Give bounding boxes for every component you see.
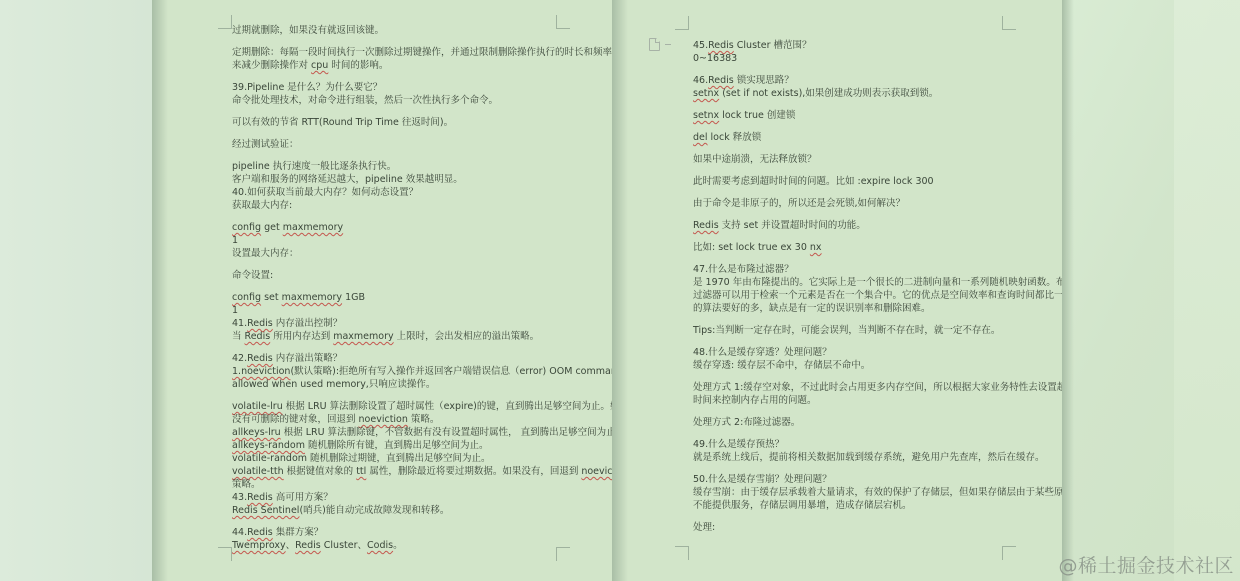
text-segment: 来减少删除操作对 [232,60,311,71]
text-boundary-mark [556,15,570,29]
paragraph: setnx lock true 创建锁 [693,109,1063,122]
text-line: 43.Redis 高可用方案？ [232,491,622,504]
text-segment: Cluster 槽范围？ [734,40,812,51]
text-line: 客户端和服务的网络延迟越大，pipeline 效果越明显。 [232,173,622,186]
text-segment: 42. [232,353,247,364]
paragraph: Tips:当判断一定存在时，可能会误判，当判断不存在时，就一定不存在。 [693,324,1063,337]
text-segment: 处理方式 2:布隆过滤器。 [693,417,800,428]
text-segment: (哨兵)能自动完成故障发现和转移。 [299,505,449,516]
text-segment: 获取最大内存: [232,200,292,211]
text-line: 比如: set lock true ex 30 nx [693,241,1063,254]
text-line: 定期删除：每隔一段时间执行一次删除过期键操作，并通过限制删除操作执行的时长和频率 [232,46,622,59]
document-page-2[interactable]: 45.Redis Cluster 槽范围？0~1638346.Redis 锁实现… [612,0,1062,581]
text-segment: 50.什么是缓存雪崩？处理问题？ [693,474,832,485]
text-segment: lock 释放锁 [708,132,762,143]
text-segment: 。 [393,540,403,551]
text-segment: 47.什么是布隆过滤器？ [693,264,794,275]
text-line: 此时需要考虑到超时时间的问题。比如 :expire lock 300 [693,175,1063,188]
text-line: Redis Sentinel(哨兵)能自动完成故障发现和转移。 [232,504,622,517]
text-line: 39.Pipeline 是什么？为什么要它？ [232,81,622,94]
text-segment: 根据 LRU 算法删除键，不管数据有没有设置超时属性， 直到腾出足够空间为止。 [281,427,625,438]
text-segment: 锁实现思路？ [734,75,794,86]
page-left-edge-shadow [612,0,628,581]
text-line: 44.Redis 集群方案？ [232,526,622,539]
text-line: 42.Redis 内存溢出策略？ [232,352,622,365]
misspelled-word: maxmemory [283,222,343,233]
paragraph: Redis 支持 set 并设置超时时间的功能。 [693,219,1063,232]
paragraph: 50.什么是缓存雪崩？处理问题？缓存雪崩：由于缓存层承载着大量请求，有效的保护了… [693,473,1063,512]
canvas-left-margin [0,0,152,581]
text-segment: 41. [232,318,247,329]
text-segment: 如果中途崩溃，无法释放锁？ [693,154,817,165]
text-line: allowed when used memory,只响应读操作。 [232,378,622,391]
text-line: 0~16383 [693,52,1063,65]
text-segment: 时间来控制内存占用的问题。 [693,395,817,406]
paragraph: 经过测试验证： [232,138,622,151]
text-segment: get [261,222,283,233]
misspelled-word: config [232,292,261,303]
text-segment: 当 [232,331,245,342]
text-line: 45.Redis Cluster 槽范围？ [693,39,1063,52]
misspelled-word: Redis [247,492,273,503]
text-segment: 随机删除所有键，直到腾出足够空间为止。 [305,440,489,451]
text-segment: 、 [286,540,296,551]
paragraph: del lock 释放锁 [693,131,1063,144]
text-segment: 集群方案？ [273,527,324,538]
misspelled-word: config [232,222,261,233]
text-line: 设置最大内存： [232,247,622,260]
text-segment: 内存溢出策略？ [273,353,343,364]
text-segment: 1GB [342,292,365,303]
text-boundary-mark [1002,16,1016,30]
text-line: 策略。 [232,478,622,491]
page-left-edge-shadow [1062,0,1074,581]
text-segment: 内存溢出控制？ [273,318,343,329]
text-boundary-mark [556,547,570,561]
text-line: 处理方式 1:缓存空对象，不过此时会占用更多内存空间，所以根据大家业务特性去设置… [693,381,1063,394]
paragraph: 46.Redis 锁实现思路？setnx (set if not exists)… [693,74,1063,100]
text-segment: 策略。 [408,414,440,425]
text-segment: 高可用方案？ [273,492,333,503]
text-line: Redis 支持 set 并设置超时时间的功能。 [693,219,1063,232]
text-line: 没有可删除的键对象，回退到 noeviction 策略。 [232,413,622,426]
misspelled-word: Redis [708,40,734,51]
text-segment: 缓存穿透: 缓存层不命中，存储层不命中。 [693,360,870,371]
text-segment: 定期删除：每隔一段时间执行一次删除过期键操作，并通过限制删除操作执行的时长和频率 [232,47,612,58]
text-line: 47.什么是布隆过滤器？ [693,263,1063,276]
text-line: 的算法要好的多，缺点是有一定的误识别率和删除困难。 [693,302,1063,315]
text-boundary-mark [218,15,232,29]
text-line: config get maxmemory [232,221,622,234]
text-segment: 经过测试验证： [232,139,299,150]
paragraph: 处理方式 2:布隆过滤器。 [693,416,1063,429]
paragraph: 45.Redis Cluster 槽范围？0~16383 [693,39,1063,65]
text-line: pipeline 执行速度一般比逐条执行快。 [232,160,622,173]
text-segment: 1 [232,235,238,246]
text-line: 处理: [693,521,1063,534]
text-segment: 处理: [693,522,715,533]
misspelled-word: allkeys-random [232,440,305,451]
text-line: setnx lock true 创建锁 [693,109,1063,122]
text-line: 缓存雪崩：由于缓存层承载着大量请求，有效的保护了存储层，但如果存储层由于某些原因 [693,486,1063,499]
text-segment: 设置最大内存： [232,248,299,259]
misspelled-word: Redis [247,527,273,538]
text-segment: 49.什么是缓存预热？ [693,439,784,450]
text-line: 如果中途崩溃，无法释放锁？ [693,153,1063,166]
text-segment: 不能提供服务，存储层调用暴增，造成存储层宕机。 [693,500,912,511]
text-segment: 0~16383 [693,53,737,64]
text-line: 由于命令是非原子的，所以还是会死锁,如何解决？ [693,197,1063,210]
misspelled-word: 1.noeviction [232,366,290,377]
page-left-edge-shadow [152,0,168,581]
paragraph: 处理方式 1:缓存空对象，不过此时会占用更多内存空间，所以根据大家业务特性去设置… [693,381,1063,407]
misspelled-word: del [693,132,708,143]
text-segment: 此时需要考虑到超时时间的问题。比如 :expire lock 300 [693,176,934,187]
text-line: del lock 释放锁 [693,131,1063,144]
text-line: 当 Redis 所用内存达到 maxmemory 上限时，会出发相应的溢出策略。 [232,330,622,343]
text-segment: 上限时，会出发相应的溢出策略。 [394,331,540,342]
paragraph: 可以有效的节省 RTT(Round Trip Time 往返时间)。 [232,116,622,129]
text-segment: pipeline 执行速度一般比逐条执行快。 [232,161,396,172]
paragraph: 比如: set lock true ex 30 nx [693,241,1063,254]
text-line: 1 [232,234,622,247]
text-segment: Cluster、 [321,540,367,551]
misspelled-word: volatile-lru [232,401,283,412]
text-line: volatile-random 随机删除过期键，直到腾出足够空间为止。 [232,452,622,465]
text-line: 41.Redis 内存溢出控制？ [232,317,622,330]
misspelled-word: Codis [367,540,393,551]
text-line: 命令设置: [232,269,622,282]
misspelled-word: nx [810,242,822,253]
misspelled-word: ttl [356,466,366,477]
text-line: 过滤器可以用于检索一个元素是否在一个集合中。它的优点是空间效率和查询时间都比一般 [693,289,1063,302]
text-line: 48.什么是缓存穿透？处理问题？ [693,346,1063,359]
misspelled-word: Redis [247,318,273,329]
text-segment: 没有可删除的键对象，回退到 [232,414,359,425]
text-segment: volatile-random 随机删除过期键，直到腾出足够空间为止。 [232,453,491,464]
next-page-edge [1062,0,1240,581]
paragraph: 39.Pipeline 是什么？为什么要它？命令批处理技术，对命令进行组装，然后… [232,81,622,107]
text-line: 获取最大内存: [232,199,622,212]
misspelled-word: Redis Sentinel [232,505,299,516]
page-2-text: 45.Redis Cluster 槽范围？0~1638346.Redis 锁实现… [693,39,1063,534]
text-segment: 策略。 [232,479,261,490]
text-line: 是 1970 年由布隆提出的。它实际上是一个很长的二进制向量和一系列随机映射函数… [693,276,1063,289]
text-line: 可以有效的节省 RTT(Round Trip Time 往返时间)。 [232,116,622,129]
paragraph: config get maxmemory1设置最大内存： [232,221,622,260]
text-line: setnx (set if not exists),如果创建成功则表示获取到锁。 [693,87,1063,100]
text-segment: 44. [232,527,247,538]
text-line: allkeys-random 随机删除所有键，直到腾出足够空间为止。 [232,439,622,452]
text-line: 46.Redis 锁实现思路？ [693,74,1063,87]
text-segment: 1 [232,305,238,316]
text-segment: 客户端和服务的网络延迟越大，pipeline 效果越明显。 [232,174,463,185]
document-canvas: 过期就删除，如果没有就返回该键。定期删除：每隔一段时间执行一次删除过期键操作，并… [0,0,1240,581]
text-segment: 43. [232,492,247,503]
text-segment: 46. [693,75,708,86]
misspelled-word: Redis [247,353,273,364]
page-1-text: 过期就删除，如果没有就返回该键。定期删除：每隔一段时间执行一次删除过期键操作，并… [232,24,622,552]
text-segment: 48.什么是缓存穿透？处理问题？ [693,347,832,358]
text-segment: 过期就删除，如果没有就返回该键。 [232,25,384,36]
text-segment: (set if not exists),如果创建成功则表示获取到锁。 [719,88,938,99]
misspelled-word: Redis [693,220,719,231]
paragraph: 49.什么是缓存预热？就是系统上线后，提前将相关数据加载到缓存系统，避免用户先查… [693,438,1063,464]
dash-icon [665,44,671,45]
misspelled-word: setnx [693,110,719,121]
text-boundary-mark [675,546,689,560]
misspelled-word: maxmemory [333,331,393,342]
text-segment: 属性，删除最近将要过期数据。如果没有，回退到 [366,466,581,477]
paragraph: 此时需要考虑到超时时间的问题。比如 :expire lock 300 [693,175,1063,188]
comment-icon[interactable] [649,38,675,52]
page-icon [649,38,660,51]
misspelled-word: noeviction [359,414,408,425]
misspelled-word: Twemproxy [232,540,286,551]
paragraph: 命令设置: [232,269,622,282]
text-segment: lock true 创建锁 [719,110,795,121]
text-segment: 支持 set 并设置超时时间的功能。 [719,220,866,231]
text-segment: 的算法要好的多，缺点是有一定的误识别率和删除困难。 [693,303,931,314]
text-line: 命令批处理技术，对命令进行组装，然后一次性执行多个命令。 [232,94,622,107]
text-segment: 40.如何获取当前最大内存？如何动态设置？ [232,187,418,198]
text-segment: 就是系统上线后，提前将相关数据加载到缓存系统，避免用户先查库，然后在缓存。 [693,452,1045,463]
text-line: 1.noeviction(默认策略):拒绝所有写入操作并返回客户端错误信息（er… [232,365,622,378]
misspelled-word: Redis [295,540,321,551]
text-line: 49.什么是缓存预热？ [693,438,1063,451]
watermark: @稀土掘金技术社区 [1058,551,1234,578]
text-segment: 45. [693,40,708,51]
misspelled-word: cpu [311,60,328,71]
text-segment: 比如: set lock true ex 30 [693,242,810,253]
paragraph: 由于命令是非原子的，所以还是会死锁,如何解决？ [693,197,1063,210]
text-segment: 命令批处理技术，对命令进行组装，然后一次性执行多个命令。 [232,95,498,106]
text-segment: 可以有效的节省 RTT(Round Trip Time 往返时间)。 [232,117,453,128]
text-segment: 所用内存达到 [270,331,333,342]
paragraph: volatile-lru 根据 LRU 算法删除设置了超时属性（expire)的… [232,400,622,517]
text-segment: Tips:当判断一定存在时，可能会误判，当判断不存在时，就一定不存在。 [693,325,1000,336]
text-line: 处理方式 2:布隆过滤器。 [693,416,1063,429]
text-line: 50.什么是缓存雪崩？处理问题？ [693,473,1063,486]
text-line: allkeys-lru 根据 LRU 算法删除键，不管数据有没有设置超时属性， … [232,426,622,439]
paragraph: 48.什么是缓存穿透？处理问题？缓存穿透: 缓存层不命中，存储层不命中。 [693,346,1063,372]
text-segment: 根据 LRU 算法删除设置了超时属性（expire)的键，直到腾出足够空间为止。… [283,401,629,412]
document-page-1[interactable]: 过期就删除，如果没有就返回该键。定期删除：每隔一段时间执行一次删除过期键操作，并… [152,0,612,581]
text-boundary-mark [1002,546,1016,560]
misspelled-word: Redis [708,75,734,86]
paragraph: 如果中途崩溃，无法释放锁？ [693,153,1063,166]
paragraph: 42.Redis 内存溢出策略？1.noeviction(默认策略):拒绝所有写… [232,352,622,391]
text-line: Tips:当判断一定存在时，可能会误判，当判断不存在时，就一定不存在。 [693,324,1063,337]
screen-glare [1174,0,1240,581]
text-segment: 命令设置: [232,270,273,281]
misspelled-word: volatile-tth [232,466,284,477]
text-boundary-mark [218,547,232,561]
paragraph: pipeline 执行速度一般比逐条执行快。客户端和服务的网络延迟越大，pipe… [232,160,622,212]
misspelled-word: setnx [693,88,719,99]
text-segment: 39.Pipeline 是什么？为什么要它？ [232,82,382,93]
text-line: 1 [232,304,622,317]
text-segment: 由于命令是非原子的，所以还是会死锁,如何解决？ [693,198,905,209]
text-line: 经过测试验证： [232,138,622,151]
text-line: volatile-tth 根据键值对象的 ttl 属性，删除最近将要过期数据。如… [232,465,622,478]
text-line: config set maxmemory 1GB [232,291,622,304]
paragraph: 定期删除：每隔一段时间执行一次删除过期键操作，并通过限制删除操作执行的时长和频率… [232,46,622,72]
text-line: 40.如何获取当前最大内存？如何动态设置？ [232,186,622,199]
text-line: 不能提供服务，存储层调用暴增，造成存储层宕机。 [693,499,1063,512]
text-segment: 缓存雪崩：由于缓存层承载着大量请求，有效的保护了存储层，但如果存储层由于某些原因 [693,487,1073,498]
text-segment: 时间的影响。 [328,60,388,71]
text-segment: (默认策略):拒绝所有写入操作并返回客户端错误信息（error) OOM com… [290,366,641,377]
text-segment: set [261,292,282,303]
misspelled-word: Redis [245,331,271,342]
paragraph: config set maxmemory 1GB141.Redis 内存溢出控制… [232,291,622,343]
text-line: volatile-lru 根据 LRU 算法删除设置了超时属性（expire)的… [232,400,622,413]
text-line: 缓存穿透: 缓存层不命中，存储层不命中。 [693,359,1063,372]
misspelled-word: maxmemory [282,292,342,303]
text-segment: 根据键值对象的 [284,466,357,477]
text-line: 时间来控制内存占用的问题。 [693,394,1063,407]
text-segment: 是 1970 年由布隆提出的。它实际上是一个很长的二进制向量和一系列随机映射函数… [693,277,1075,288]
text-segment: 处理方式 1:缓存空对象，不过此时会占用更多内存空间，所以根据大家业务特性去设置… [693,382,1076,393]
text-segment: 过滤器可以用于检索一个元素是否在一个集合中。它的优点是空间效率和查询时间都比一般 [693,290,1073,301]
text-line: 来减少删除操作对 cpu 时间的影响。 [232,59,622,72]
text-line: 就是系统上线后，提前将相关数据加载到缓存系统，避免用户先查库，然后在缓存。 [693,451,1063,464]
misspelled-word: allkeys-lru [232,427,281,438]
text-boundary-mark [675,16,689,30]
paragraph: 处理: [693,521,1063,534]
paragraph: 47.什么是布隆过滤器？是 1970 年由布隆提出的。它实际上是一个很长的二进制… [693,263,1063,315]
text-segment: allowed when used memory,只响应读操作。 [232,379,435,390]
